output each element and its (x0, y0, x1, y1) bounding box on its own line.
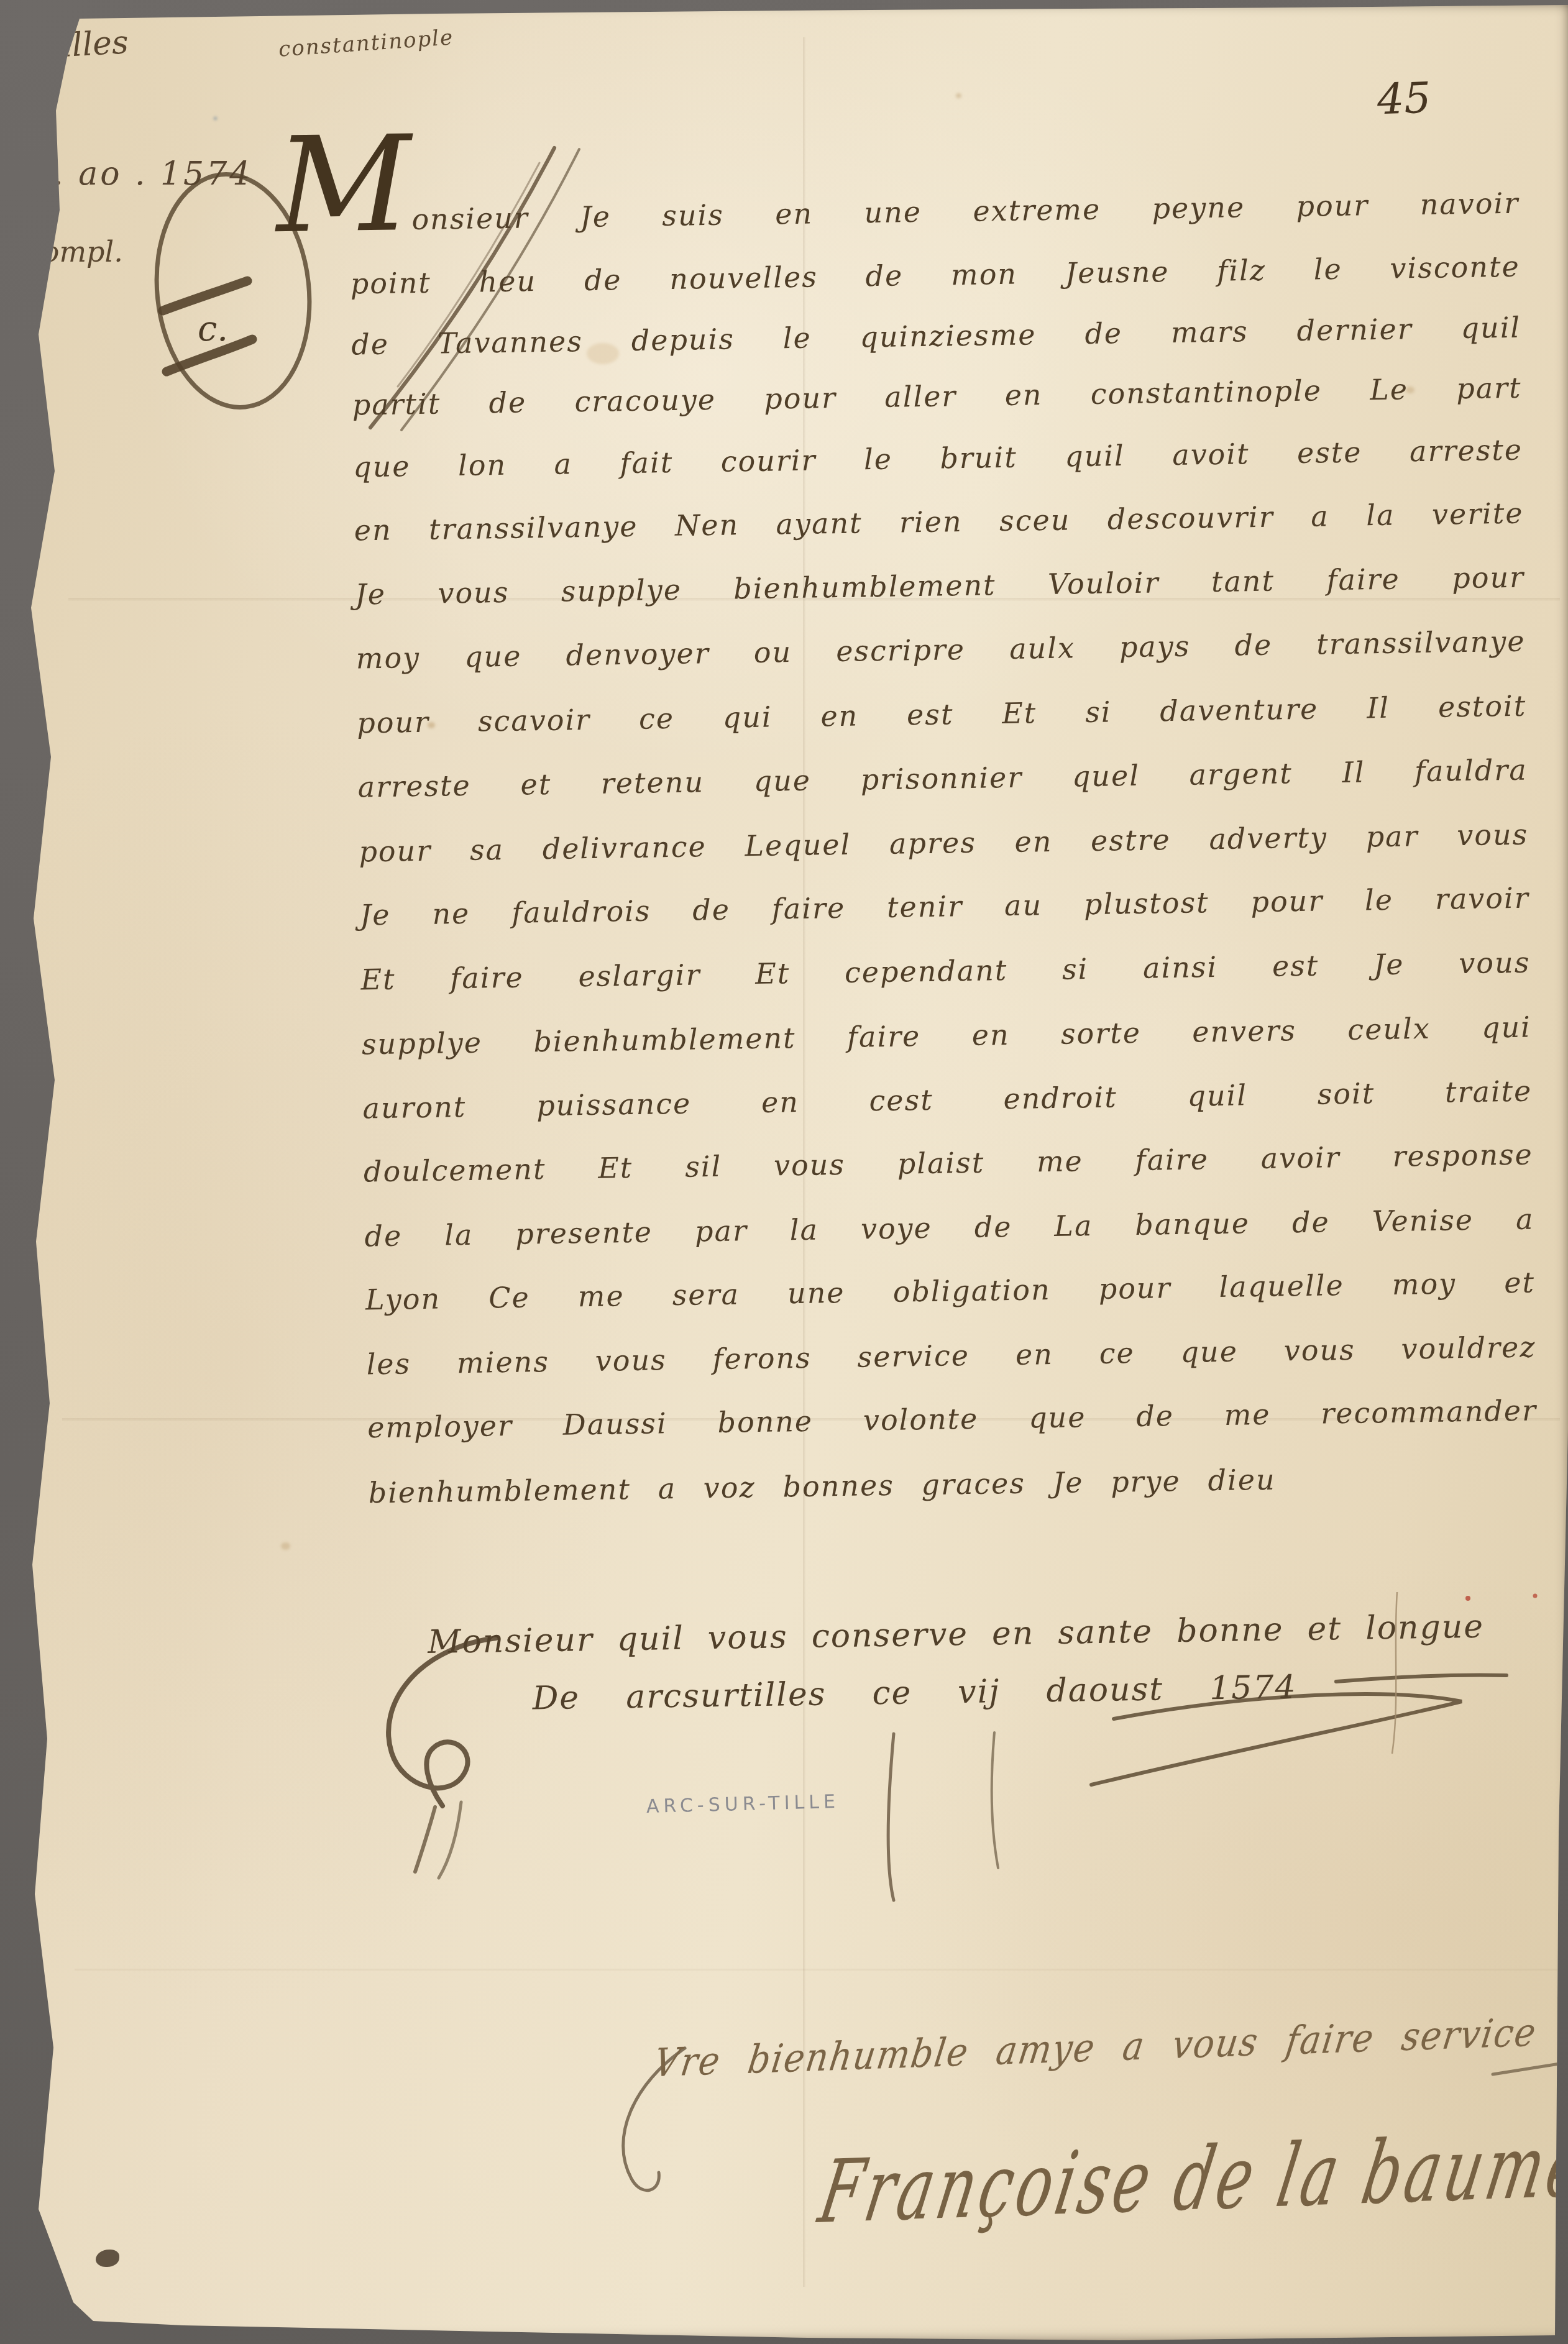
manuscript-page: gilles constantinople 45 7. ao . 1574 co… (0, 0, 1568, 2344)
letter-line: Lyon Ce me sera une obligation pour laqu… (365, 1264, 1536, 1317)
letter-line: en transsilvanye Nen ayant rien sceu des… (354, 495, 1524, 549)
closing-line-2: De arcsurtilles ce vij daoust 1574 (532, 1667, 1297, 1718)
letter-line: employer Daussi bonne volonte que de me … (367, 1392, 1538, 1445)
letter-line: Monsieur Je suis en une extreme peyne po… (451, 168, 1519, 237)
letter-line: Je ne fauldrois de faire tenir au plusto… (359, 880, 1529, 933)
letter-line: de la presente par la voye de La banque … (364, 1201, 1534, 1254)
letter-line: de Tavannes depuis le quinziesme de mars… (351, 309, 1521, 363)
letter-line: Je vous supplye bienhumblement Vouloir t… (355, 559, 1525, 613)
paper-speck (7, 590, 12, 594)
letter-line: pour scavoir ce qui en est Et si daventu… (357, 688, 1527, 741)
letter-line: supplye bienhumblement faire en sorte en… (362, 1009, 1532, 1063)
letter-line: les miens vous ferons service en ce que … (366, 1329, 1536, 1382)
letter-line: bienhumblement a voz bonnes graces Je pr… (368, 1462, 1276, 1511)
letter-line: moy que denvoyer ou escripre aulx pays d… (355, 623, 1526, 677)
letter-body: Monsieur Je suis en une extreme peyne po… (0, 0, 1568, 2344)
ink-blot (8, 2160, 44, 2248)
closing-line-1: Monsieur quil vous conserve en sante bon… (428, 1607, 1485, 1662)
letter-line: que lon a fait courir le bruit quil avoi… (353, 432, 1523, 485)
letter-line: point heu de nouvelles de mon Jeusne fil… (350, 249, 1520, 302)
photo-mat-background: gilles constantinople 45 7. ao . 1574 co… (0, 0, 1568, 2344)
letter-line: arreste et retenu que prisonnier quel ar… (357, 752, 1528, 805)
letter-line: doulcement Et sil vous plaist me faire a… (364, 1137, 1534, 1190)
letter-line: partit de cracouye pour aller en constan… (352, 370, 1522, 423)
letter-line: pour sa delivrance Lequel apres en estre… (359, 817, 1529, 870)
letter-line: Et faire eslargir Et cependant si ainsi … (360, 945, 1531, 998)
letter-line: auront puissance en cest endroit quil so… (362, 1073, 1533, 1127)
